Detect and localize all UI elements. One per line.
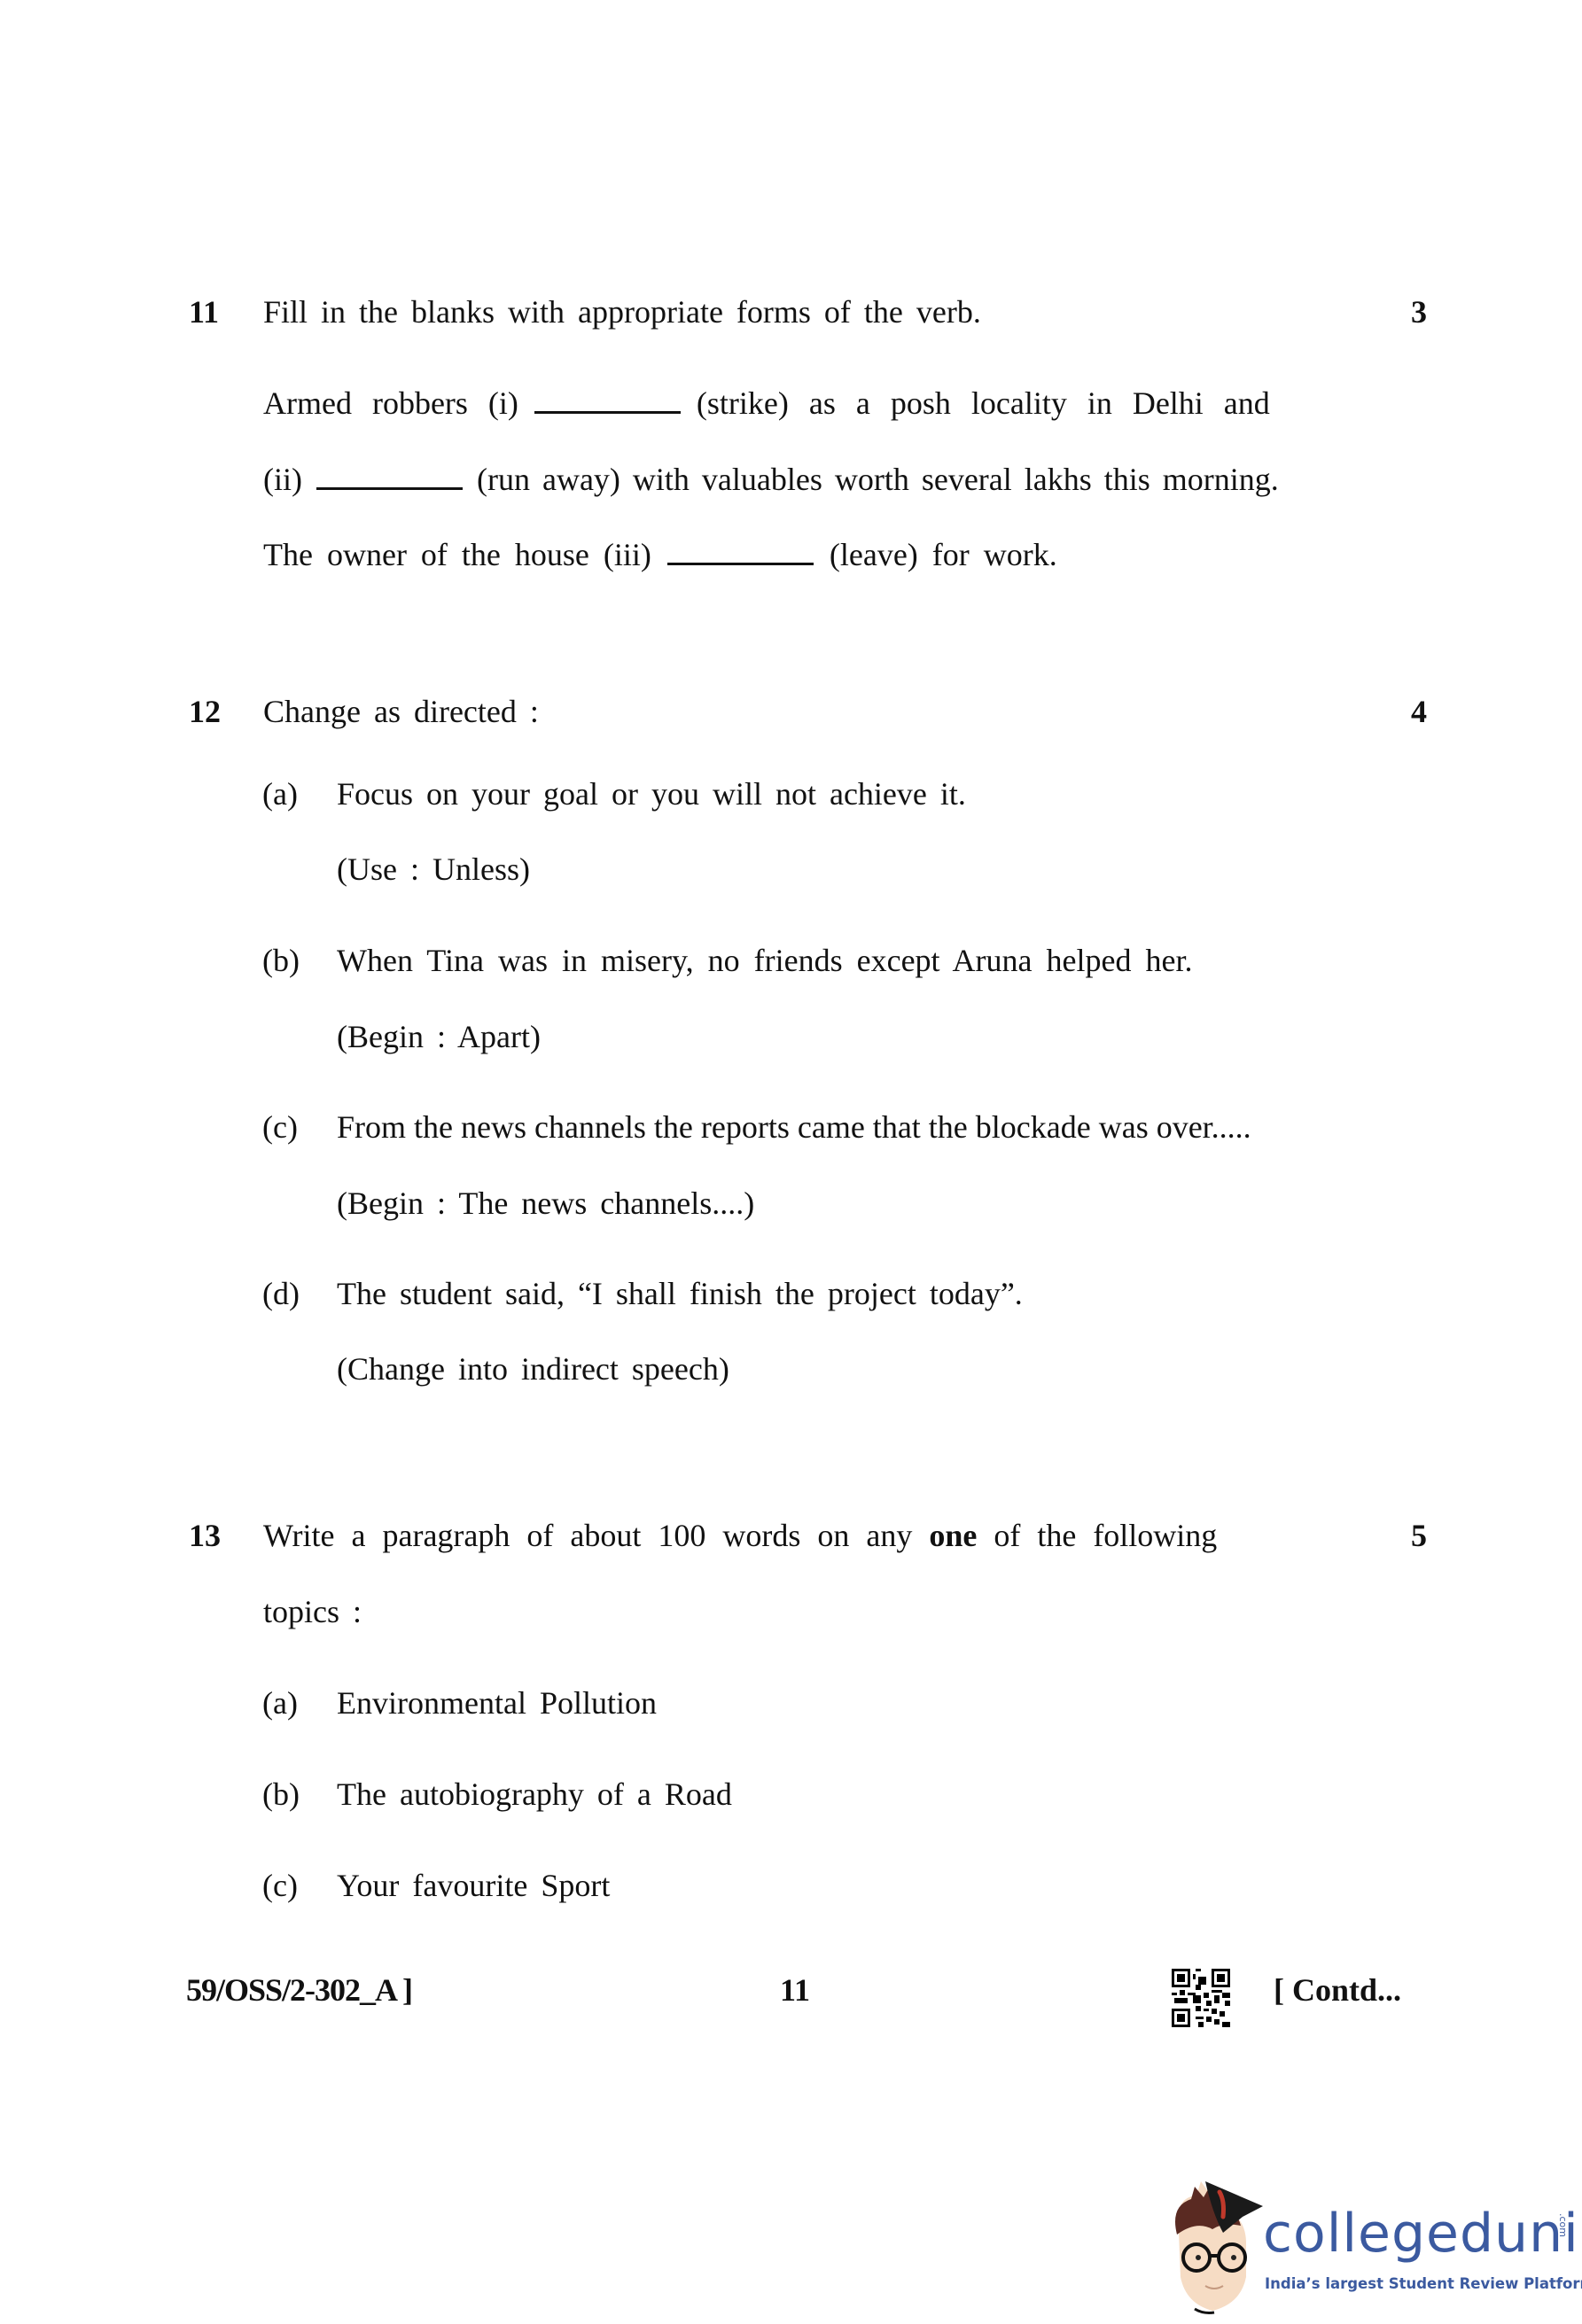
item-text: Environmental Pollution [337, 1687, 657, 1719]
continued-label: [ Contd... [1274, 1974, 1401, 2006]
question-prompt: Change as directed : [263, 696, 539, 727]
passage-line-2: (ii)(run away) with valuables worth seve… [263, 463, 1279, 495]
passage-text: The owner of the house (iii) [263, 537, 651, 572]
question-prompt: Fill in the blanks with appropriate form… [263, 296, 981, 328]
item-instruction: (Change into indirect speech) [337, 1353, 729, 1385]
question-number: 11 [189, 296, 219, 328]
brand-name: collegedunia [1263, 2203, 1582, 2265]
student-mascot-icon [1161, 2171, 1266, 2317]
item-text: Focus on your goal or you will not achie… [337, 778, 966, 810]
prompt-text: of the following [994, 1518, 1217, 1553]
question-prompt-continued: topics : [263, 1596, 362, 1628]
item-text: Your favourite Sport [337, 1869, 610, 1901]
item-label: (a) [262, 778, 298, 810]
item-instruction: (Begin : Apart) [337, 1021, 541, 1053]
item-text: The autobiography of a Road [337, 1778, 732, 1810]
item-label: (c) [262, 1869, 298, 1901]
qr-code-icon [1172, 1969, 1230, 2027]
passage-text: (run away) with valuables worth several … [477, 462, 1279, 497]
passage-text: (ii) [263, 462, 302, 497]
question-marks: 3 [1411, 296, 1427, 328]
brand-domain-suffix: .com [1557, 2213, 1569, 2237]
passage-text: (strike) as a posh locality in Delhi and [697, 385, 1270, 421]
item-text: The student said, “I shall finish the pr… [337, 1278, 1023, 1310]
item-label: (b) [262, 1778, 300, 1810]
question-marks: 5 [1411, 1520, 1427, 1551]
item-instruction: (Use : Unless) [337, 853, 530, 885]
item-label: (c) [262, 1111, 298, 1143]
prompt-text: Write a paragraph of about 100 words on … [263, 1518, 912, 1553]
item-label: (a) [262, 1687, 298, 1719]
collegedunia-logo: collegedunia .com India’s largest Studen… [1161, 2171, 1578, 2317]
prompt-emphasis: one [929, 1518, 977, 1553]
passage-line-1: Armed robbers (i)(strike) as a posh loca… [263, 387, 1270, 419]
passage-text: Armed robbers (i) [263, 385, 518, 421]
item-label: (d) [262, 1278, 300, 1310]
blank-iii[interactable] [667, 557, 814, 565]
question-marks: 4 [1411, 696, 1427, 727]
question-number: 12 [189, 696, 221, 727]
item-text: When Tina was in misery, no friends exce… [337, 944, 1192, 976]
item-label: (b) [262, 944, 300, 976]
item-instruction: (Begin : The news channels....) [337, 1187, 754, 1219]
brand-tagline: India’s largest Student Review Platform [1265, 2275, 1582, 2292]
item-text: From the news channels the reports came … [337, 1111, 1251, 1143]
passage-text: (leave) for work. [830, 537, 1057, 572]
question-number: 13 [189, 1520, 221, 1551]
page-number: 11 [780, 1974, 810, 2006]
blank-i[interactable] [534, 406, 681, 414]
passage-line-3: The owner of the house (iii)(leave) for … [263, 539, 1057, 571]
question-prompt: Write a paragraph of about 100 words on … [263, 1520, 1217, 1551]
blank-ii[interactable] [316, 482, 463, 490]
paper-code: 59/OSS/2-302_A ] [186, 1974, 412, 2006]
